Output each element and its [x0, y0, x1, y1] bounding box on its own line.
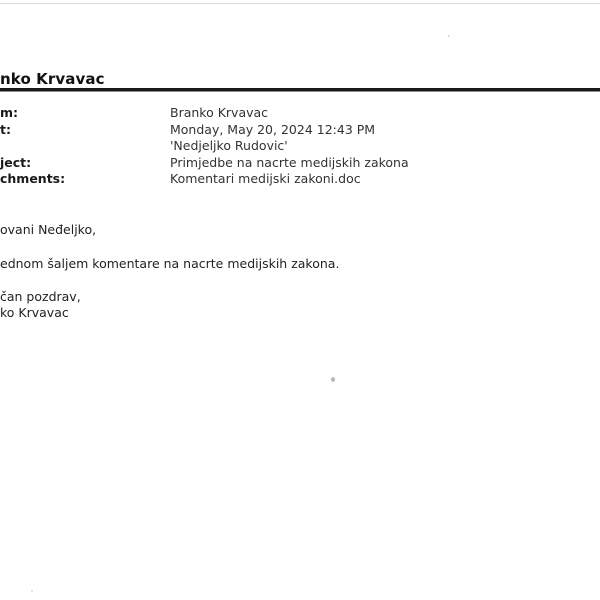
email-metadata: m: Branko Krvavac t: Monday, May 20, 202… [0, 105, 600, 188]
subject-label: ject: [0, 155, 31, 172]
meta-row-to: 'Nedjeljko Rudovic' [0, 138, 600, 155]
from-value: Branko Krvavac [170, 105, 268, 122]
sender-header: nko Krvavac [0, 70, 105, 88]
sent-value: Monday, May 20, 2024 12:43 PM [170, 122, 375, 139]
header-divider [0, 88, 600, 91]
scan-speck [31, 590, 33, 592]
signature: ko Krvavac [0, 305, 69, 320]
meta-row-attachments: chments: Komentari medijski zakoni.doc [0, 171, 600, 188]
message-text: ednom šaljem komentare na nacrte medijsk… [0, 256, 339, 271]
greeting: ovani Neđeljko, [0, 222, 96, 237]
scan-top-edge [0, 3, 600, 4]
meta-row-from: m: Branko Krvavac [0, 105, 600, 122]
scan-speck [331, 377, 335, 382]
meta-row-sent: t: Monday, May 20, 2024 12:43 PM [0, 122, 600, 139]
meta-row-subject: ject: Primjedbe na nacrte medijskih zako… [0, 155, 600, 172]
closing: čan pozdrav, [0, 289, 81, 304]
attachment-filename: Komentari medijski zakoni.doc [170, 171, 361, 188]
subject-value: Primjedbe na nacrte medijskih zakona [170, 155, 409, 172]
attachments-label: chments: [0, 171, 65, 188]
scan-speck [448, 35, 450, 37]
sent-label: t: [0, 122, 11, 139]
to-value: 'Nedjeljko Rudovic' [170, 138, 288, 155]
from-label: m: [0, 105, 18, 122]
